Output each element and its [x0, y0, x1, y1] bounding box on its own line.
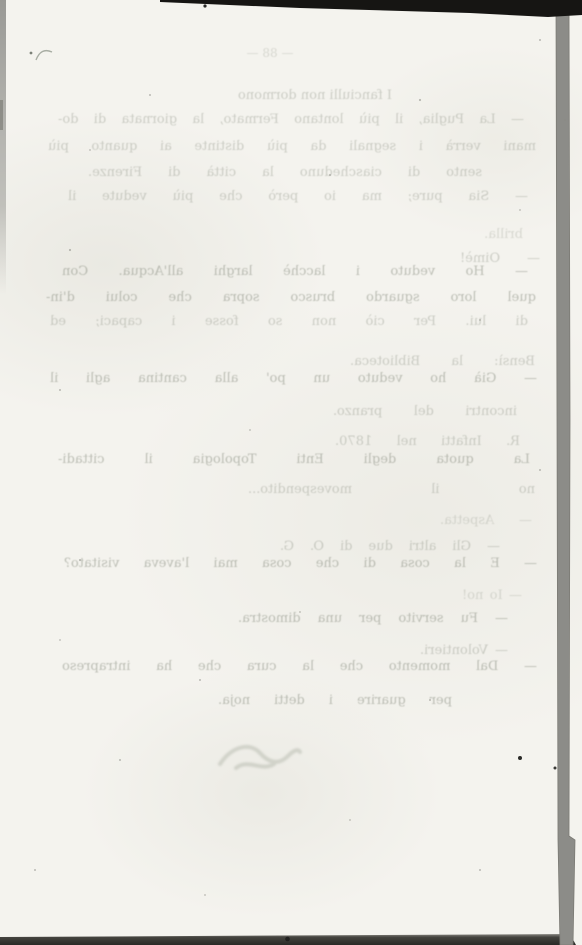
show-through-line: per guarire i detti noja. [218, 693, 452, 710]
show-through-line: — Ho veduto i lacchè larghi all'Acqua. C… [62, 264, 528, 281]
show-through-line: — Gli altri due di O. G. [280, 539, 500, 556]
show-through-line: — Volontieri. [420, 643, 508, 660]
show-through-line: quel loro sguardo brusco sopra che colui… [46, 290, 536, 307]
show-through-line: mani verrà i segnali da più distinte ai … [48, 139, 536, 156]
show-through-line: — La Puglia, il più lontano Fermato, la … [58, 112, 524, 129]
left-edge-dark-patch [0, 100, 3, 130]
show-through-line: — Io no! [462, 588, 522, 605]
show-through-line: — Già ho veduto un po' alla cantina agli… [50, 371, 537, 388]
show-through-line: La quota degli Enti Topologia il cittadi… [58, 452, 530, 469]
bottom-page-edge [0, 934, 576, 945]
show-through-line: incontri del pranzo. [333, 404, 517, 421]
show-through-line: brilla. [483, 227, 523, 244]
scanned-book-page: — 88 — I fanciulli non dormono! — La Pug… [0, 0, 582, 945]
tailpiece-ornament-showthrough [220, 747, 300, 768]
show-through-line: — Aspetta. [440, 513, 532, 530]
show-through-line: di lui. Per ciò non so fosse i capaci; e… [50, 314, 528, 331]
show-through-line: sento di ciascheduno la città di Firenze… [88, 165, 482, 182]
page-number-showthrough: — 88 — [243, 45, 297, 62]
pen-stroke-mark [36, 51, 52, 60]
show-through-line: — Dal momento che la cura che ha intrapr… [62, 659, 537, 676]
right-gutter-strip [556, 8, 575, 945]
show-through-line: — Fu servito per una dimostra. [238, 611, 508, 628]
pen-dot-mark [30, 52, 33, 55]
show-through-line: Bensì: la Biblioteca. [350, 354, 535, 371]
show-through-line: R. Infatti nel 1870. [335, 434, 520, 451]
show-through-line: — E la cosa di che cosa mai l'aveva visi… [64, 556, 537, 573]
show-through-line: I fanciulli non dormono! [238, 88, 392, 105]
top-page-edge [160, 0, 582, 17]
left-page-edge-shadow [0, 0, 6, 295]
show-through-line: — Sia pure; ma io però che più vedute il [68, 189, 528, 206]
show-through-line: no il movespendito... [248, 482, 535, 499]
